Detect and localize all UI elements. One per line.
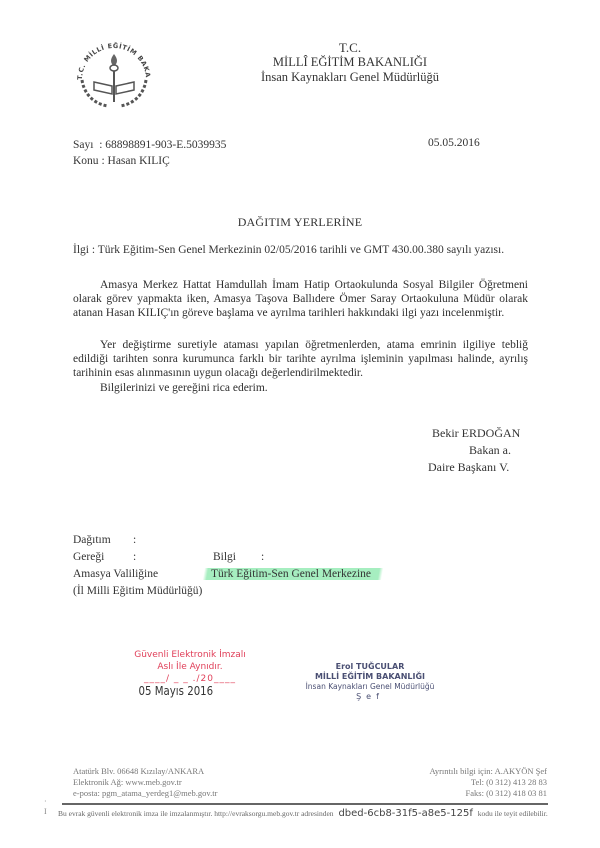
ministry-emblem-icon: T.C. MİLLİ EĞİTİM BAKANLIĞI — [72, 36, 156, 116]
stamp-official-department: İnsan Kaynakları Genel Müdürlüğü — [300, 682, 440, 692]
ministry-name: MİLLÎ EĞİTİM BAKANLIĞI — [200, 55, 500, 70]
stamp-official-name: Erol TUĞCULAR — [300, 662, 440, 672]
konu-value: Hasan KILIÇ — [108, 155, 170, 167]
bilgi-recipient: Türk Eğitim-Sen Genel Merkezine — [201, 568, 385, 580]
bilgi-label: Bilgi — [213, 549, 261, 566]
signature-block: Bekir ERDOĞAN Bakan a. Daire Başkanı V. — [420, 425, 540, 476]
footer-contact-block: Ayrıntılı bilgi için: A.AKYÖN Şef Tel: (… — [372, 766, 547, 799]
distribution-block: Dağıtım : Gereği : Amasya Valiliğine (İl… — [73, 532, 202, 600]
stamp-line-1: Güvenli Elektronik İmzalı — [130, 649, 250, 661]
footer-email[interactable]: e-posta: pgm_atama_yerdeg1@meb.gov.tr — [73, 788, 217, 799]
body-paragraph-3: Bilgilerinizi ve gereğini rica ederim. — [73, 381, 528, 395]
geregi-recipient-sub: (İl Milli Eğitim Müdürlüğü) — [73, 583, 202, 600]
stamp-official-ministry: MİLLİ EĞİTİM BAKANLIĞI — [300, 672, 440, 682]
certified-copy-stamp: Güvenli Elektronik İmzalı Aslı İle Aynıd… — [130, 649, 250, 697]
stamp-official-title: Şef — [300, 692, 440, 702]
bilgi-block: Bilgi: Türk Eğitim-Sen Genel Merkezine — [213, 549, 385, 583]
footer-fax: Faks: (0 312) 418 03 81 — [372, 788, 547, 799]
signatory-name: Bekir ERDOĞAN — [420, 425, 540, 442]
addressee-heading: DAĞITIM YERLERİNE — [0, 215, 600, 230]
sayi-label: Sayı — [73, 139, 93, 151]
verification-suffix: kodu ile teyit edilebilir. — [478, 809, 548, 818]
verification-prefix: Bu evrak güvenli elektronik imza ile imz… — [58, 809, 334, 818]
dagitim-label: Dağıtım — [73, 532, 133, 549]
footer-contact: Ayrıntılı bilgi için: A.AKYÖN Şef — [372, 766, 547, 777]
geregi-recipient: Amasya Valiliğine — [73, 566, 202, 583]
verification-line: Bu evrak güvenli elektronik imza ile imz… — [58, 808, 548, 819]
konu-row: Konu : Hasan KILIÇ — [73, 153, 226, 169]
body-paragraph-1: Amasya Merkez Hattat Hamdullah İmam Hati… — [73, 278, 528, 320]
footer-address: Atatürk Blv. 06648 Kızılay/ANKARA — [73, 766, 217, 777]
document-meta: Sayı : 68898891-903-E.5039935 Konu : Has… — [73, 137, 226, 169]
footer-divider — [62, 803, 548, 805]
footer-address-block: Atatürk Blv. 06648 Kızılay/ANKARA Elektr… — [73, 766, 217, 799]
sayi-row: Sayı : 68898891-903-E.5039935 — [73, 137, 226, 153]
letterhead: T.C. MİLLÎ EĞİTİM BAKANLIĞI İnsan Kaynak… — [200, 40, 500, 85]
signatory-role: Bakan a. — [420, 442, 540, 459]
sayi-value: 68898891-903-E.5039935 — [105, 139, 226, 151]
official-stamp: Erol TUĞCULAR MİLLİ EĞİTİM BAKANLIĞI İns… — [300, 662, 440, 702]
body-paragraph-2: Yer değiştirme suretiyle ataması yapılan… — [73, 338, 528, 380]
geregi-label: Gereği — [73, 549, 133, 566]
reference-line: İlgi : Türk Eğitim-Sen Genel Merkezinin … — [73, 244, 504, 256]
stamp-line-2: Aslı İle Aynıdır. — [130, 661, 250, 673]
signatory-title: Daire Başkanı V. — [420, 459, 540, 476]
department-name: İnsan Kaynakları Genel Müdürlüğü — [200, 70, 500, 85]
country-label: T.C. — [200, 40, 500, 55]
document-date: 05.05.2016 — [428, 137, 480, 149]
konu-label: Konu — [73, 155, 99, 167]
footer-tel: Tel: (0 312) 413 28 83 — [372, 777, 547, 788]
verification-code: dbed-6cb8-31f5-a8e5-125f — [338, 808, 472, 819]
stamp-date: 05 Mayıs 2016 — [130, 685, 232, 697]
margin-mark: ·I — [44, 797, 47, 817]
geregi-row: Gereği : — [73, 549, 202, 566]
footer-web[interactable]: Elektronik Ağ: www.meb.gov.tr — [73, 777, 217, 788]
dagitim-row: Dağıtım : — [73, 532, 202, 549]
